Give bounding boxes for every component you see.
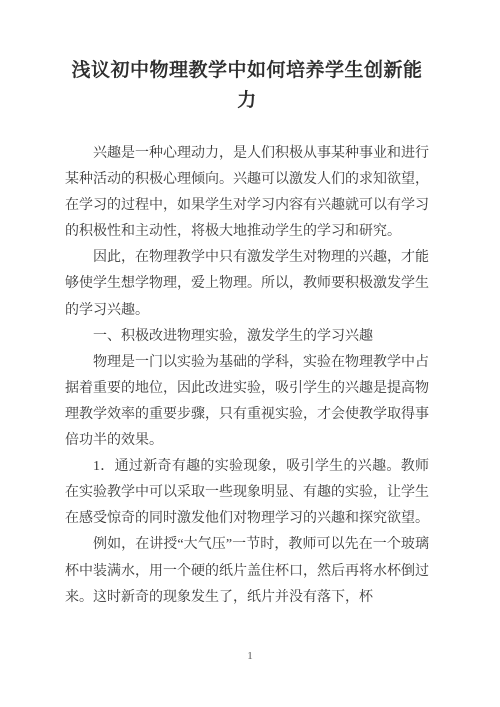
paragraph-physics-experiment: 物理是一门以实验为基础的学科，实验在物理教学中占据着重要的地位，因此改进实验，吸… [65, 350, 429, 454]
page-number: 1 [0, 648, 500, 664]
document-page: 浅议初中物理教学中如何培养学生创新能力 兴趣是一种心理动力，是人们积极从事某种事… [0, 0, 500, 707]
paragraph-novel-experiments: 1．通过新奇有趣的实验现象，吸引学生的兴趣。教师在实验教学中可以采取一些现象明显… [65, 454, 429, 532]
paragraph-example-air-pressure: 例如，在讲授“大气压”一节时，教师可以先在一个玻璃杯中装满水，用一个硬的纸片盖住… [65, 532, 429, 610]
document-body: 兴趣是一种心理动力，是人们积极从事某种事业和进行某种活动的积极心理倾向。兴趣可以… [65, 141, 429, 611]
paragraph-therefore: 因此，在物理教学中只有激发学生对物理的兴趣，才能够使学生想学物理，爱上物理。所以… [65, 245, 429, 323]
section-heading-one: 一、积极改进物理实验，激发学生的学习兴趣 [65, 324, 429, 350]
paragraph-intro-interest: 兴趣是一种心理动力，是人们积极从事某种事业和进行某种活动的积极心理倾向。兴趣可以… [65, 141, 429, 245]
document-title: 浅议初中物理教学中如何培养学生创新能力 [65, 56, 429, 116]
